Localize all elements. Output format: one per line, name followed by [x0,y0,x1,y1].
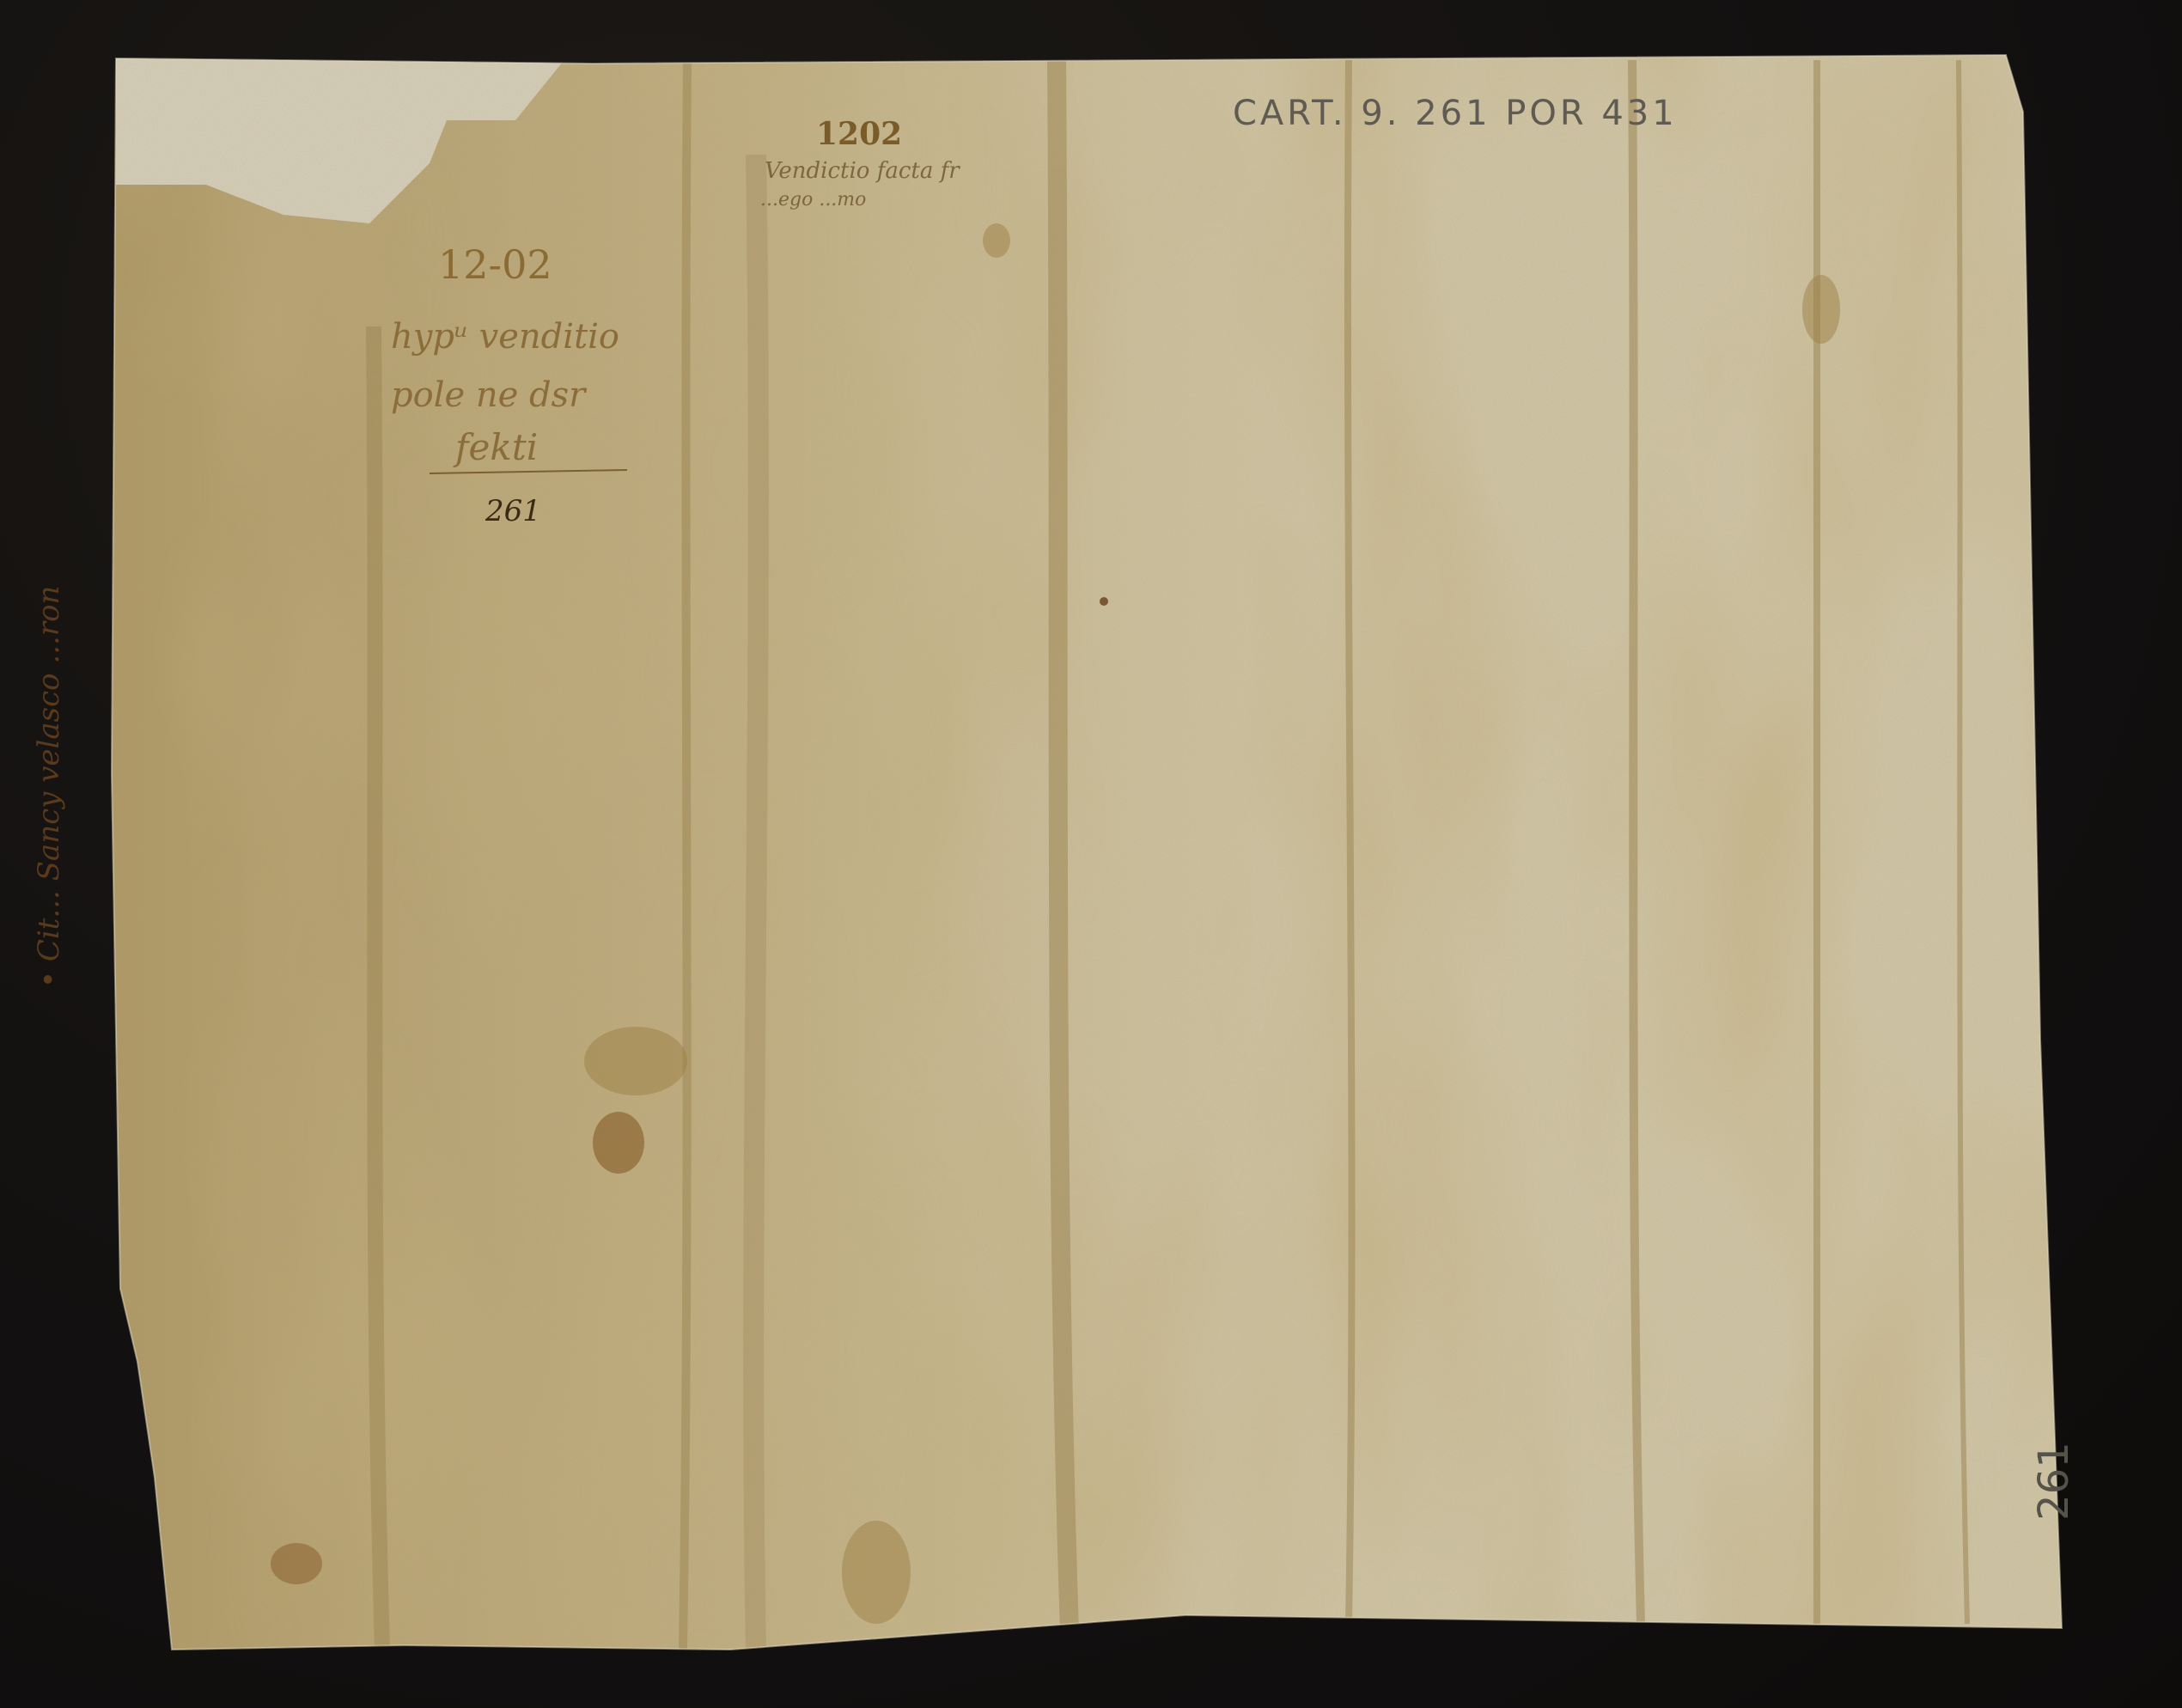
document-number: 261 [485,497,541,526]
margin-note: • Cit... Sancy velasco ...ron [34,586,64,988]
endorsement-line-2: pole ne dsr [391,378,585,412]
endorsement-line-3: fekti [455,430,538,466]
top-date-note: 1202 [816,119,902,149]
parchment-shape [0,0,2182,1708]
top-note-line-2: ...ego ...mo [760,191,866,210]
corner-number: 261 [2033,1442,2075,1521]
parchment-sheet: CART. 9. 261 POR 431 1202 Vendictio fact… [0,0,2182,1708]
endorsement-line-1: hypᵘ venditio [391,320,619,354]
top-note-line-1: Vendictio facta fr [765,160,960,182]
archive-shelfmark: CART. 9. 261 POR 431 [1233,96,1678,131]
date-note: 12-02 [438,245,552,284]
